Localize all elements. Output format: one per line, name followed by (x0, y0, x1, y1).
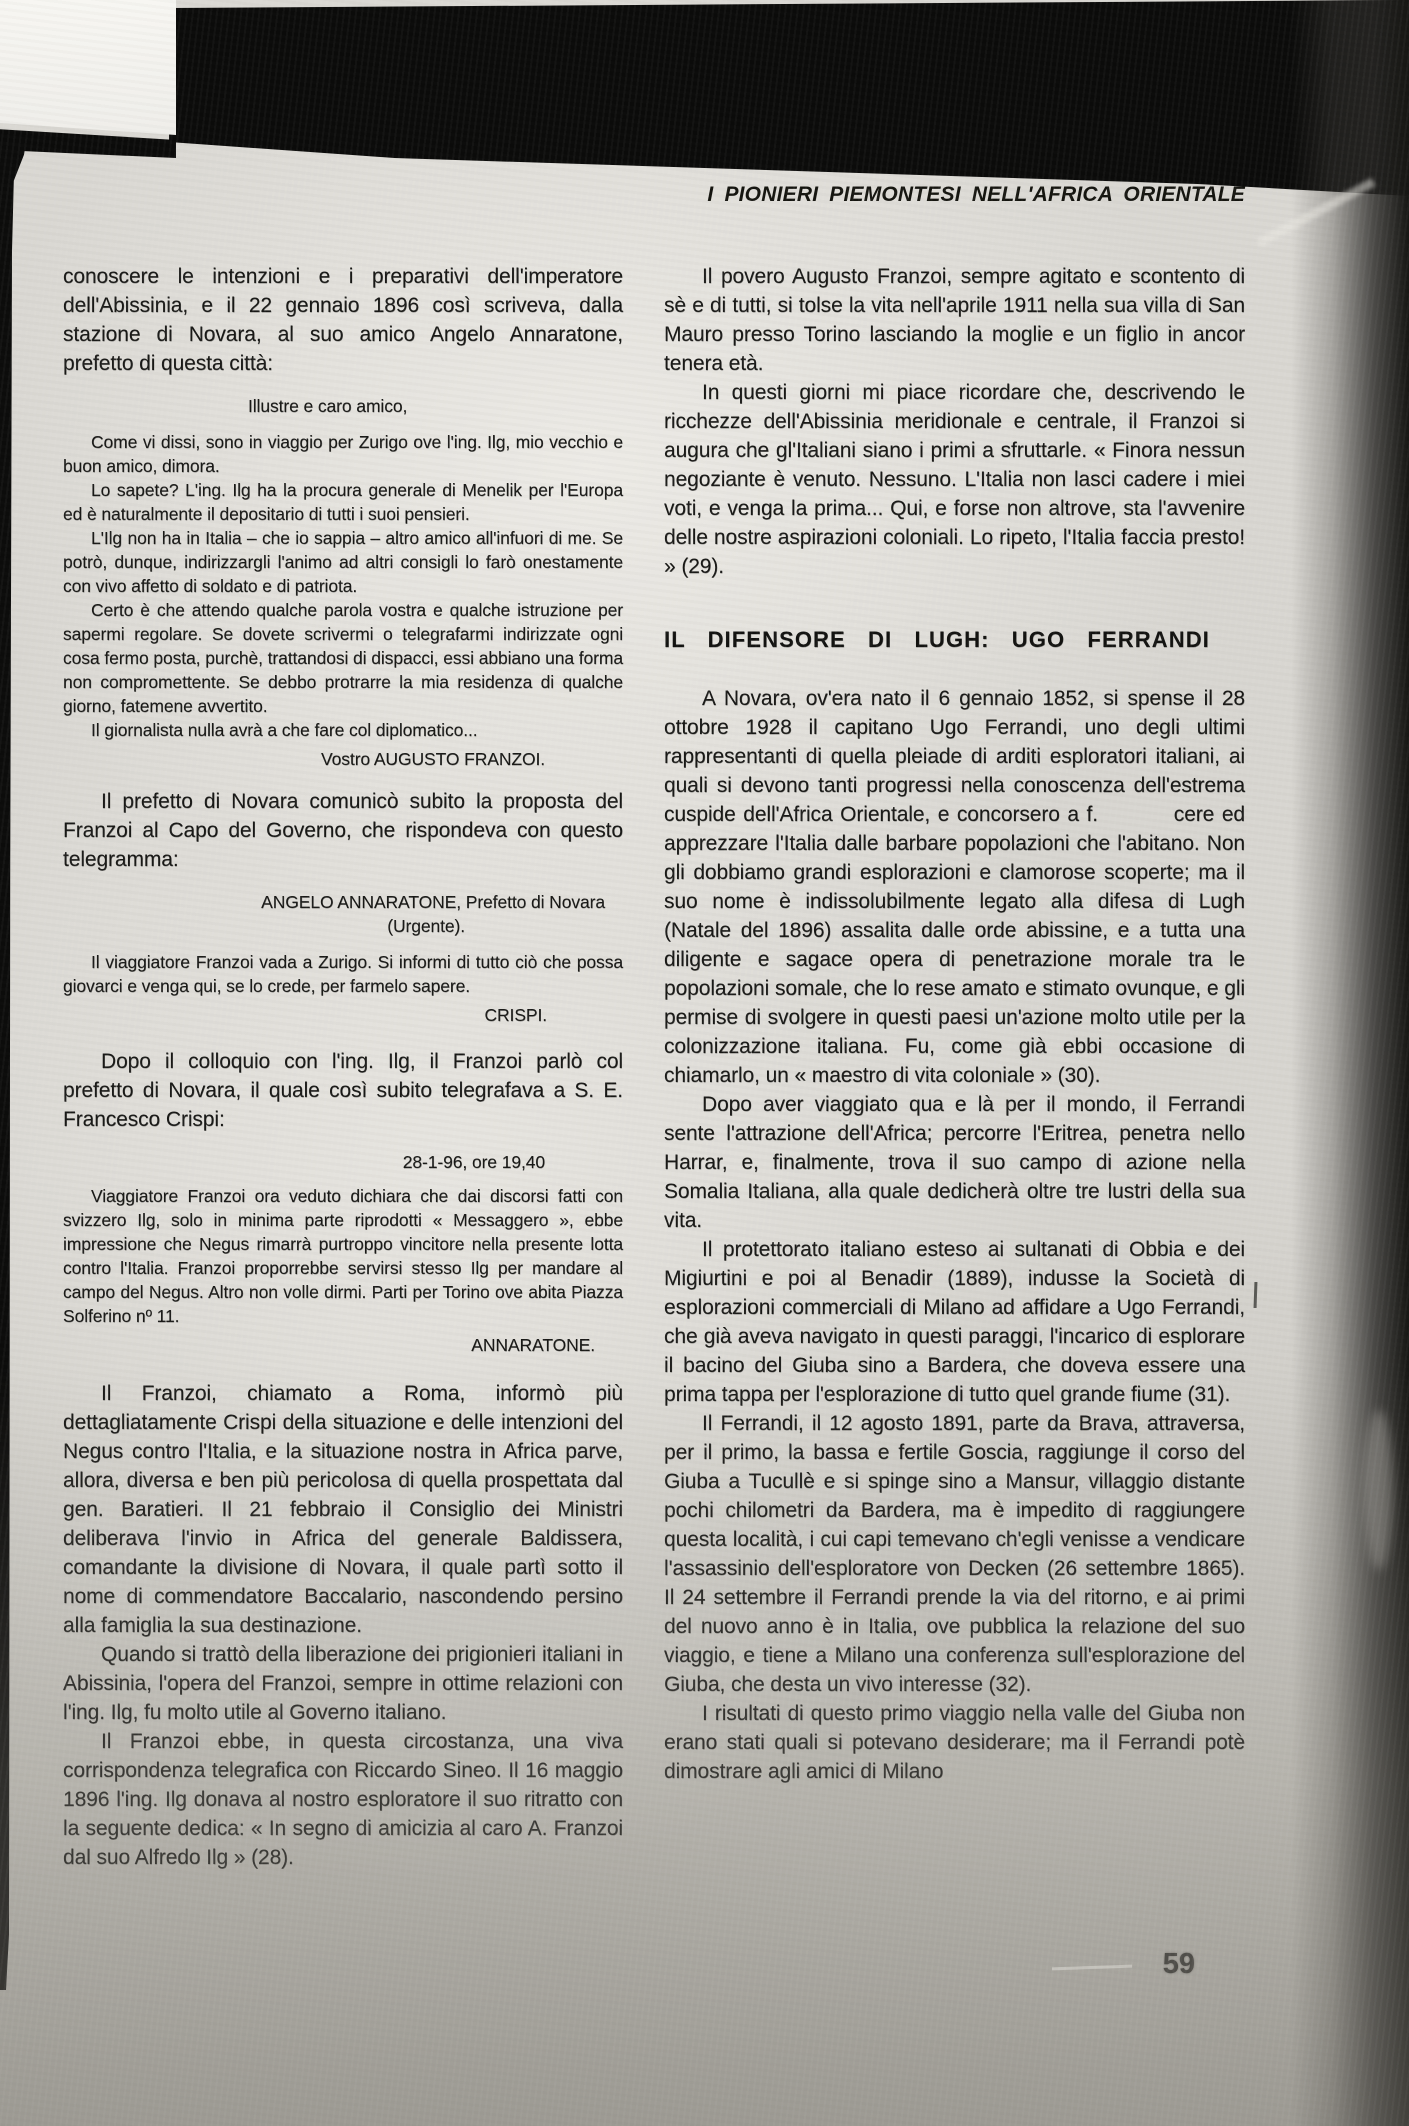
scan-ink-mark (1254, 1282, 1258, 1308)
scan-right-dark-edge (1291, 0, 1409, 2126)
telegram-urgency: (Urgente). (63, 914, 623, 938)
telegram-signature: ANNARATONE. (63, 1333, 623, 1357)
letter-franzoi: Illustre e caro amico, Come vi dissi, so… (63, 394, 623, 771)
paragraph: Il prefetto di Novara comunicò subito la… (63, 787, 623, 874)
telegram-crispi: ANGELO ANNARATONE, Prefetto di Novara (U… (63, 890, 623, 1027)
paragraph: A Novara, ov'era nato il 6 gennaio 1852,… (664, 684, 1245, 1090)
letter-paragraph: Il giornalista nulla avrà a che fare col… (63, 718, 623, 742)
section-heading: IL DIFENSORE DI LUGH: UGO FERRANDI (664, 625, 1245, 654)
scan-top-black-band (0, 0, 1409, 200)
paragraph: conoscere le intenzioni e i preparativi … (63, 262, 623, 378)
telegram-body: Viaggiatore Franzoi ora veduto dichiara … (63, 1184, 623, 1328)
scan-left-black-edge (0, 140, 30, 1990)
right-column: Il povero Augusto Franzoi, sempre agitat… (664, 262, 1245, 1786)
paragraph: Il Franzoi, chiamato a Roma, informò più… (63, 1379, 623, 1640)
scan-corner-white-patch (0, 0, 176, 150)
paragraph: Dopo il colloquio con l'ing. Ilg, il Fra… (63, 1047, 623, 1134)
scan-light-streak (1365, 1410, 1393, 1570)
telegram-annaratone: 28-1-96, ore 19,40 Viaggiatore Franzoi o… (63, 1150, 623, 1357)
paragraph: Il Franzoi ebbe, in questa circostanza, … (63, 1727, 623, 1872)
paragraph: Il protettorato italiano esteso ai sulta… (664, 1235, 1245, 1409)
scanned-book-page: I PIONIERI PIEMONTESI NELL'AFRICA ORIENT… (0, 0, 1409, 2126)
letter-paragraph: Lo sapete? L'ing. Ilg ha la procura gene… (63, 478, 623, 526)
paragraph: Quando si trattò della liberazione dei p… (63, 1640, 623, 1727)
running-header: I PIONIERI PIEMONTESI NELL'AFRICA ORIENT… (664, 183, 1245, 207)
telegram-dateline: 28-1-96, ore 19,40 (63, 1150, 623, 1174)
letter-paragraph: L'Ilg non ha in Italia – che io sappia –… (63, 526, 623, 598)
letter-signature: Vostro AUGUSTO FRANZOI. (63, 747, 623, 771)
letter-paragraph: Come vi dissi, sono in viaggio per Zurig… (63, 430, 623, 478)
paragraph: Il Ferrandi, il 12 agosto 1891, parte da… (664, 1409, 1245, 1699)
paragraph: Il povero Augusto Franzoi, sempre agitat… (664, 262, 1245, 378)
telegram-address: ANGELO ANNARATONE, Prefetto di Novara (63, 890, 623, 914)
paragraph: In questi giorni mi piace ricordare che,… (664, 378, 1245, 581)
letter-salutation: Illustre e caro amico, (248, 394, 623, 418)
paragraph: I risultati di questo primo viaggio nell… (664, 1699, 1245, 1786)
telegram-body: Il viaggiatore Franzoi vada a Zurigo. Si… (63, 950, 623, 998)
page-number: 59 (1085, 1948, 1195, 1981)
telegram-signature: CRISPI. (63, 1003, 623, 1027)
letter-paragraph: Certo è che attendo qualche parola vostr… (63, 598, 623, 718)
left-column: conoscere le intenzioni e i preparativi … (63, 262, 623, 1872)
paragraph: Dopo aver viaggiato qua e là per il mond… (664, 1090, 1245, 1235)
